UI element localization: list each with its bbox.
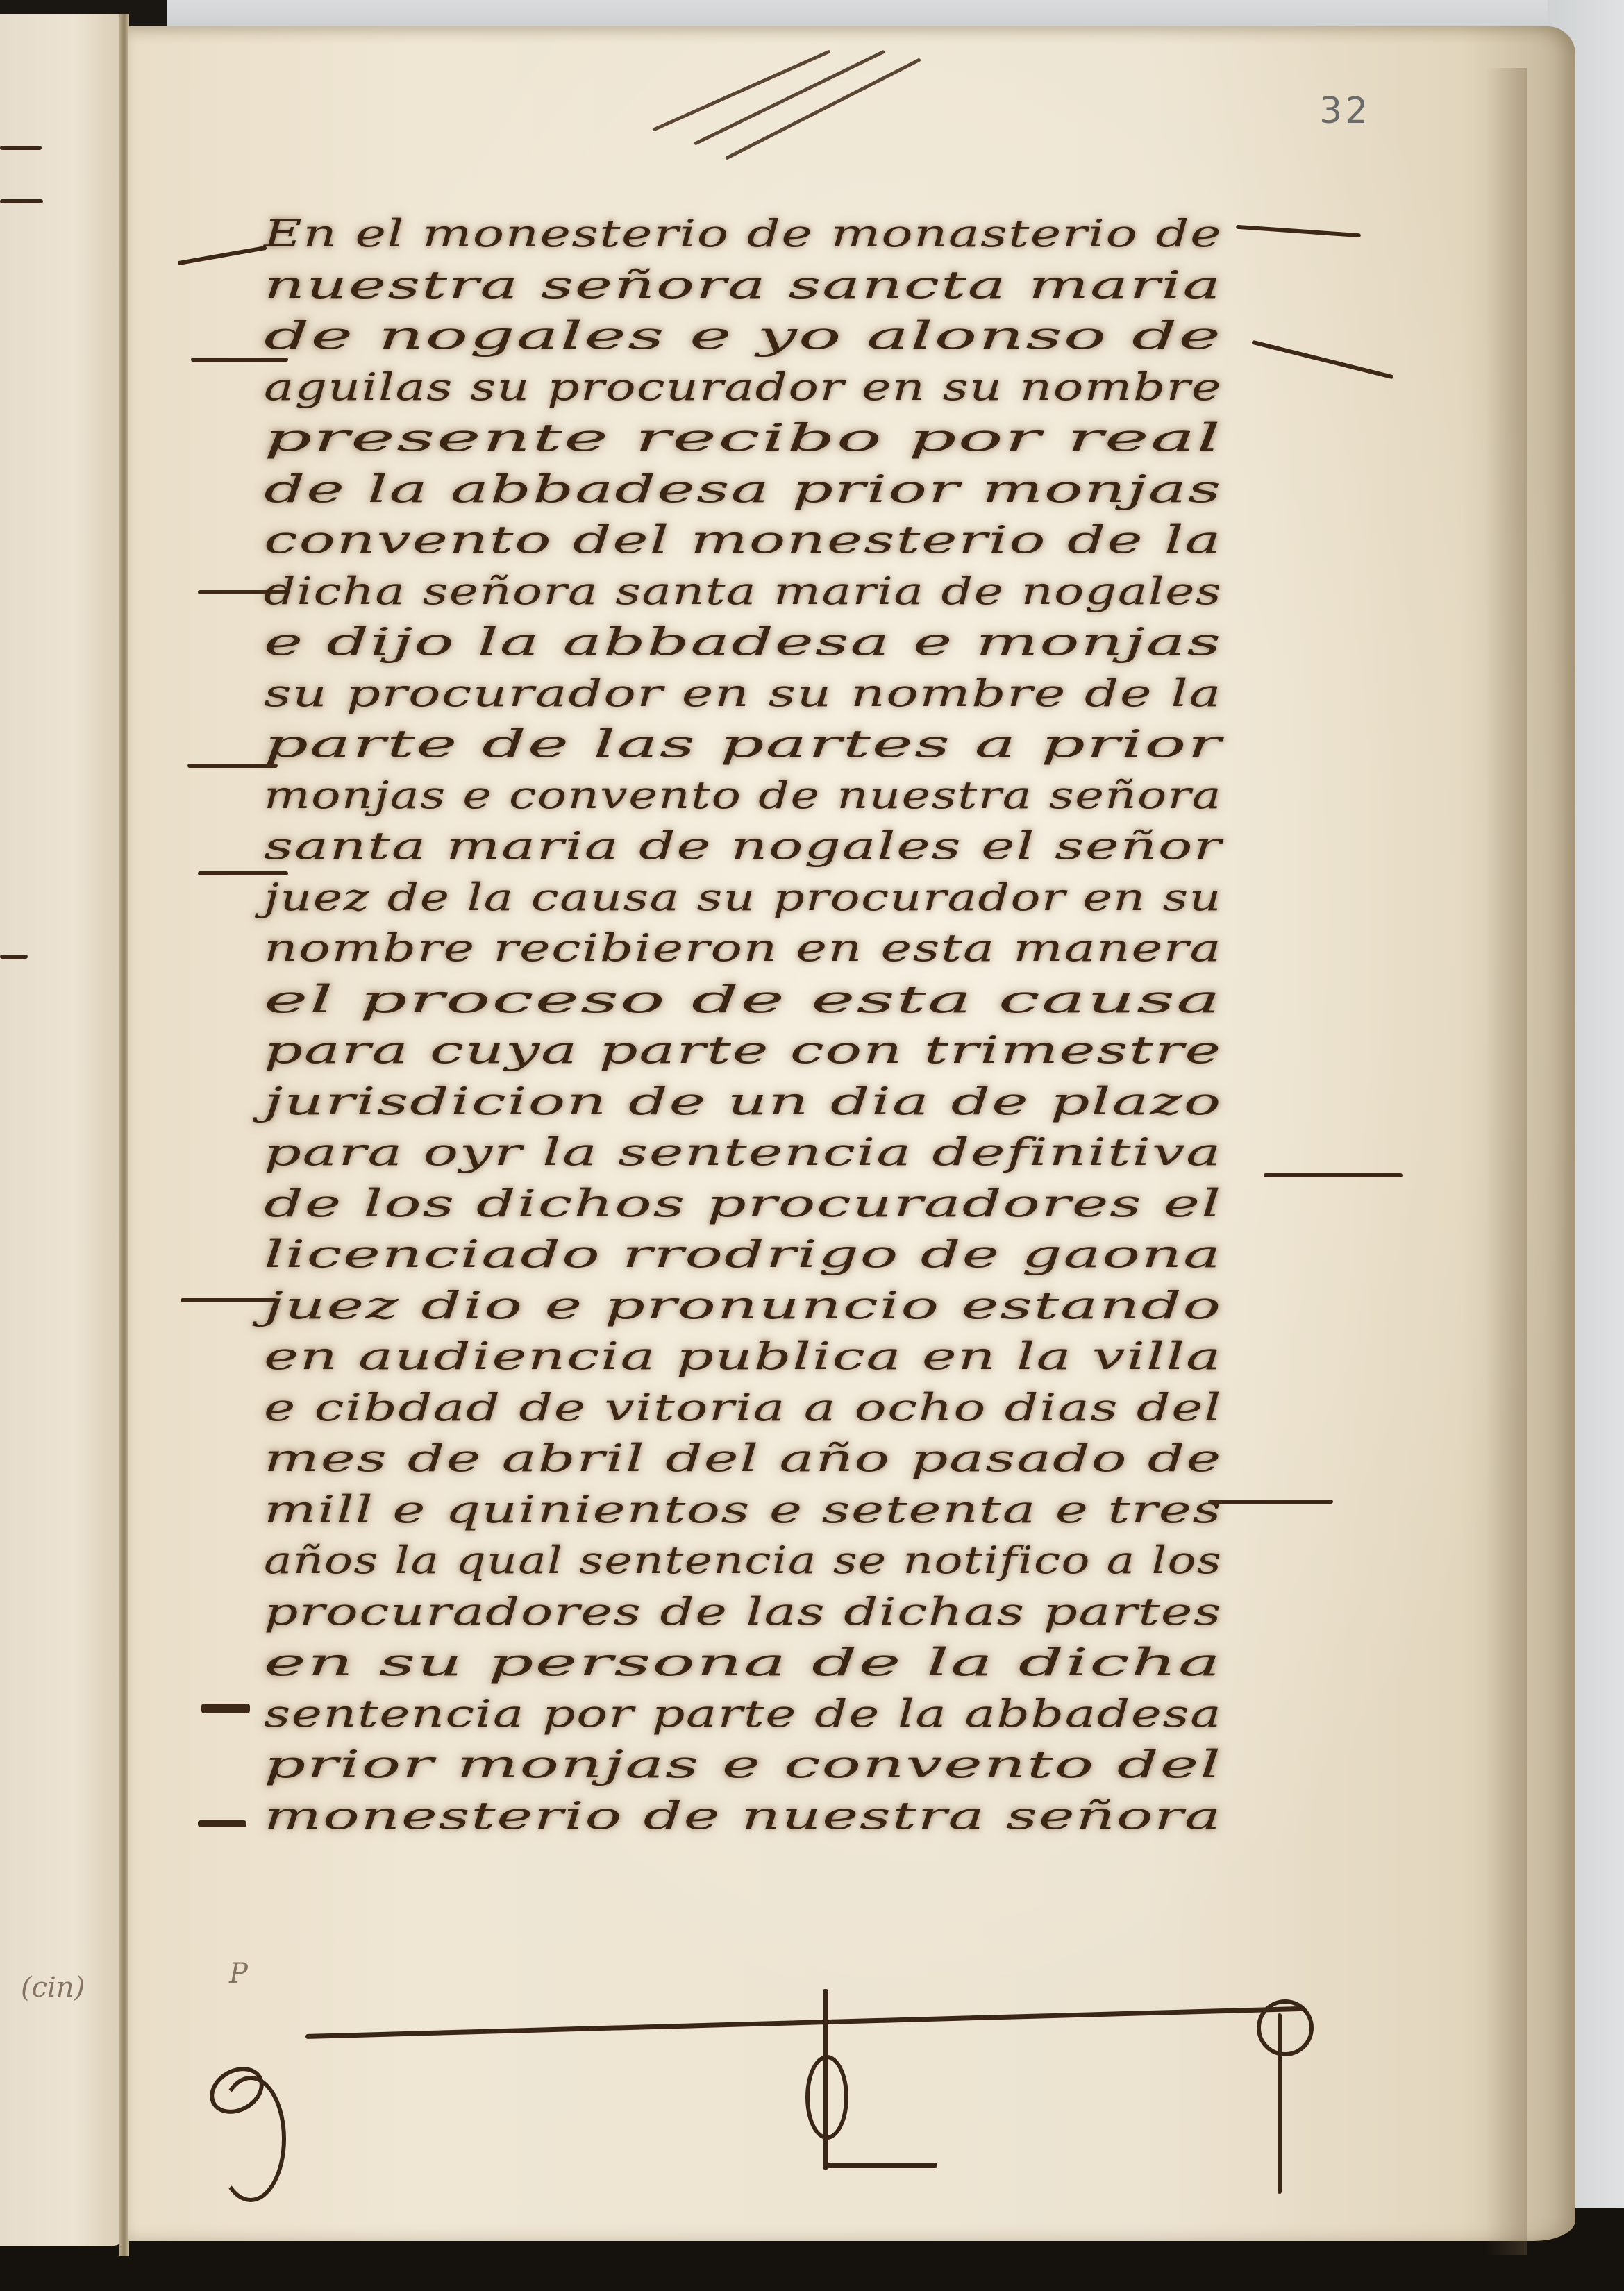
text-line: aguilas su procurador en su nombre	[264, 362, 1347, 413]
text-line: de nogales e yo alonso de	[264, 310, 1347, 362]
text-line: parte de las partes a prior	[264, 719, 1347, 770]
rubric-loop	[1257, 1999, 1314, 2056]
text-line: dicha señora santa maria de nogales	[264, 566, 1347, 617]
text-line: para cuya parte con trimestre	[264, 1025, 1347, 1076]
margin-flourish	[181, 1298, 278, 1302]
text-line: monesterio de nuestra señora	[264, 1790, 1347, 1842]
text-line: procuradores de las dichas partes	[264, 1586, 1347, 1638]
text-line: monjas e convento de nuestra señora	[264, 770, 1347, 821]
text-line: prior monjas e convento del	[264, 1739, 1347, 1790]
text-line: el proceso de esta causa	[264, 974, 1347, 1025]
text-line: de los dichos procuradores el	[264, 1178, 1347, 1230]
text-line: nombre recibieron en esta manera	[264, 923, 1347, 974]
margin-paragraph-mark	[201, 1704, 250, 1713]
text-line: de la abbadesa prior monjas	[264, 464, 1347, 515]
text-line: e cibdad de vitoria a ocho dias del	[264, 1382, 1347, 1434]
text-line: e dijo la abbadesa e monjas	[264, 616, 1347, 668]
page-edge-stain	[1485, 68, 1527, 2255]
text-line: en audiencia publica en la villa	[264, 1331, 1347, 1382]
text-line: santa maria de nogales el señor	[264, 821, 1347, 872]
left-page-annotation: (cin)	[21, 1972, 85, 2004]
rubric-stem	[826, 2163, 937, 2168]
left-page-ink-stroke	[0, 199, 43, 203]
text-line: juez de la causa su procurador en su	[264, 872, 1347, 923]
rubric-loop	[805, 2055, 848, 2140]
text-line: para oyr la sentencia definitiva	[264, 1127, 1347, 1178]
text-line: juez dio e pronuncio estando	[264, 1280, 1347, 1332]
margin-paragraph-mark	[198, 1820, 246, 1827]
text-line: su procurador en su nombre de la	[264, 668, 1347, 719]
text-line: nuestra señora sancta maria	[264, 260, 1347, 311]
left-page-ink-stroke	[0, 955, 28, 959]
text-line: sentencia por parte de la abbadesa	[264, 1688, 1347, 1740]
left-page-ink-stroke	[0, 146, 42, 150]
text-line: en su persona de la dicha	[264, 1637, 1347, 1688]
text-line: licenciado rrodrigo de gaona	[264, 1229, 1347, 1280]
text-line: convento del monesterio de la	[264, 514, 1347, 566]
text-line: mes de abril del año pasado de	[264, 1433, 1347, 1484]
right-margin-note: P	[229, 1958, 248, 1990]
left-page-edge: (cin)	[0, 14, 124, 2246]
text-line: presente recibo por real	[264, 412, 1347, 464]
text-line: años la qual sentencia se notifico a los	[264, 1535, 1347, 1586]
rubric-loop	[215, 2076, 286, 2202]
text-line: mill e quinientos e setenta e tres	[264, 1484, 1347, 1536]
folio-number: 32	[1319, 90, 1371, 132]
text-line: En el monesterio de monasterio de	[264, 208, 1347, 260]
text-line: jurisdicion de un dia de plazo	[264, 1076, 1347, 1127]
manuscript-text: En el monesterio de monasterio de nuestr…	[264, 208, 1347, 1841]
